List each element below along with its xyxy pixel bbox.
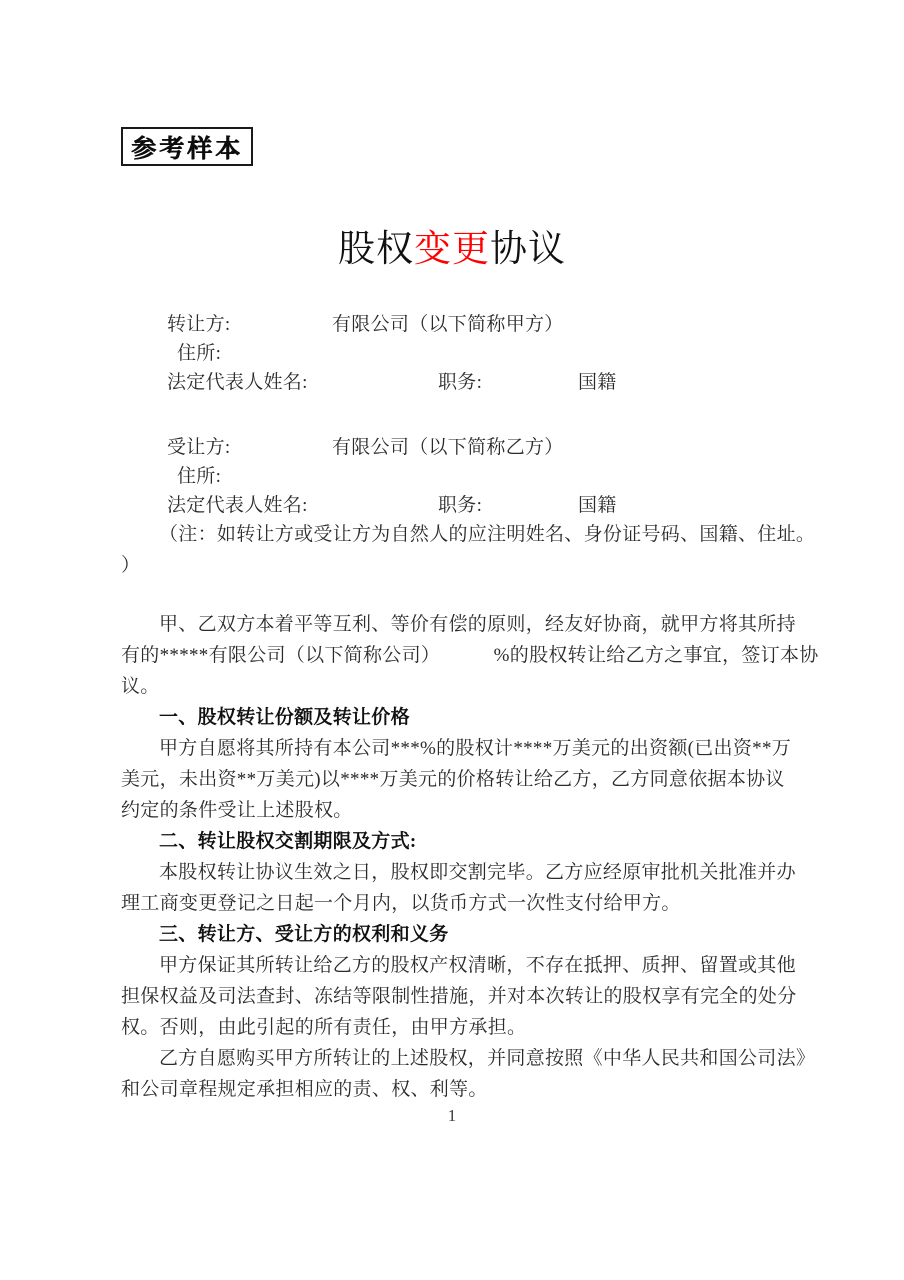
party-b-rep-label: 法定代表人姓名: <box>167 490 308 517</box>
party-b-representative-line: 法定代表人姓名: 职务: 国籍 <box>121 487 788 516</box>
title-segment-post: 协议 <box>490 229 566 270</box>
section-3-heading: 三、转让方、受让方的权利和义务 <box>121 919 788 950</box>
section-2-heading: 二、转让股权交割期限及方式: <box>121 826 788 857</box>
party-b-address-line: 住所: <box>121 458 788 487</box>
page-title: 股权变更协议 <box>0 218 904 272</box>
party-b-nationality-label: 国籍 <box>578 490 617 517</box>
title-segment-highlight: 变更 <box>414 229 490 270</box>
title-segment-pre: 股权 <box>338 229 414 270</box>
party-a-rep-label: 法定代表人姓名: <box>167 367 308 394</box>
party-b-block: 受让方: 有限公司（以下简称乙方） 住所: 法定代表人姓名: 职务: 国籍 <box>121 429 788 516</box>
reference-sample-stamp: 参考样本 <box>121 127 253 166</box>
party-a-block: 转让方: 有限公司（以下简称甲方） 住所: 法定代表人姓名: 职务: 国籍 <box>121 306 788 393</box>
party-a-representative-line: 法定代表人姓名: 职务: 国籍 <box>121 364 788 393</box>
document-page: 参考样本 股权变更协议 转让方: 有限公司（以下简称甲方） 住所: 法定代表人姓… <box>0 0 904 1280</box>
party-b-role-line: 受让方: 有限公司（以下简称乙方） <box>121 429 788 458</box>
section-3-body-1: 甲方保证其所转让给乙方的股权产权清晰，不存在抵押、质押、留置或其他 担保权益及司… <box>121 950 788 1043</box>
preamble-paragraph: 甲、乙双方本着平等互利、等价有偿的原则，经友好协商，就甲方将其所持 有的****… <box>121 609 788 702</box>
party-b-role-value: 有限公司（以下简称乙方） <box>332 432 564 459</box>
party-a-role-line: 转让方: 有限公司（以下简称甲方） <box>121 306 788 335</box>
note-paragraph: （注：如转让方或受让方为自然人的应注明姓名、身份证号码、国籍、住址。 ） <box>121 519 788 581</box>
party-b-address-label: 住所: <box>177 461 221 488</box>
document-body: 转让方: 有限公司（以下简称甲方） 住所: 法定代表人姓名: 职务: 国籍 受让… <box>121 306 788 1105</box>
page-number: 1 <box>0 1106 904 1126</box>
party-a-duty-label: 职务: <box>438 367 482 394</box>
party-a-address-label: 住所: <box>177 338 221 365</box>
section-1-body: 甲方自愿将其所持有本公司***%的股权计****万美元的出资额(已出资**万 美… <box>121 733 788 826</box>
party-a-address-line: 住所: <box>121 335 788 364</box>
stamp-label: 参考样本 <box>131 129 243 165</box>
section-1-heading: 一、股权转让份额及转让价格 <box>121 702 788 733</box>
party-b-role-label: 受让方: <box>167 432 230 459</box>
section-2-body: 本股权转让协议生效之日，股权即交割完毕。乙方应经原审批机关批准并办 理工商变更登… <box>121 857 788 919</box>
party-a-nationality-label: 国籍 <box>578 367 617 394</box>
section-3-body-2: 乙方自愿购买甲方所转让的上述股权，并同意按照《中华人民共和国公司法》 和公司章程… <box>121 1043 788 1105</box>
party-a-role-value: 有限公司（以下简称甲方） <box>332 309 564 336</box>
party-a-role-label: 转让方: <box>167 309 230 336</box>
party-b-duty-label: 职务: <box>438 490 482 517</box>
